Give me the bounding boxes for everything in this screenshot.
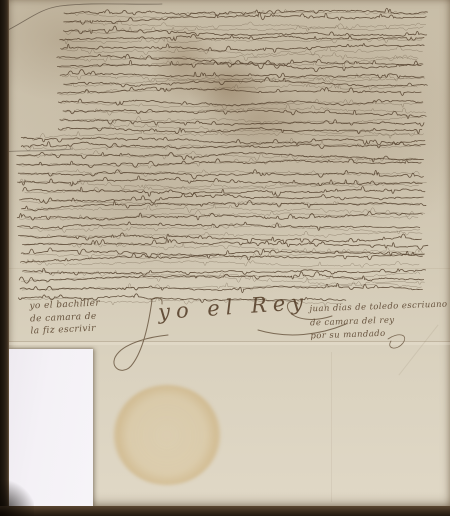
book-gutter-edge: [0, 0, 9, 516]
manuscript-scan: yo el Rey yo el bachiller de camara de l…: [0, 0, 450, 516]
corner-shadow: [0, 480, 34, 516]
bottom-scan-edge: [0, 506, 450, 516]
chancery-note-right: juan dias de toledo escriuano de camara …: [309, 299, 448, 344]
chancery-note-left: yo el bachiller de camara de la fiz escr…: [29, 297, 101, 338]
